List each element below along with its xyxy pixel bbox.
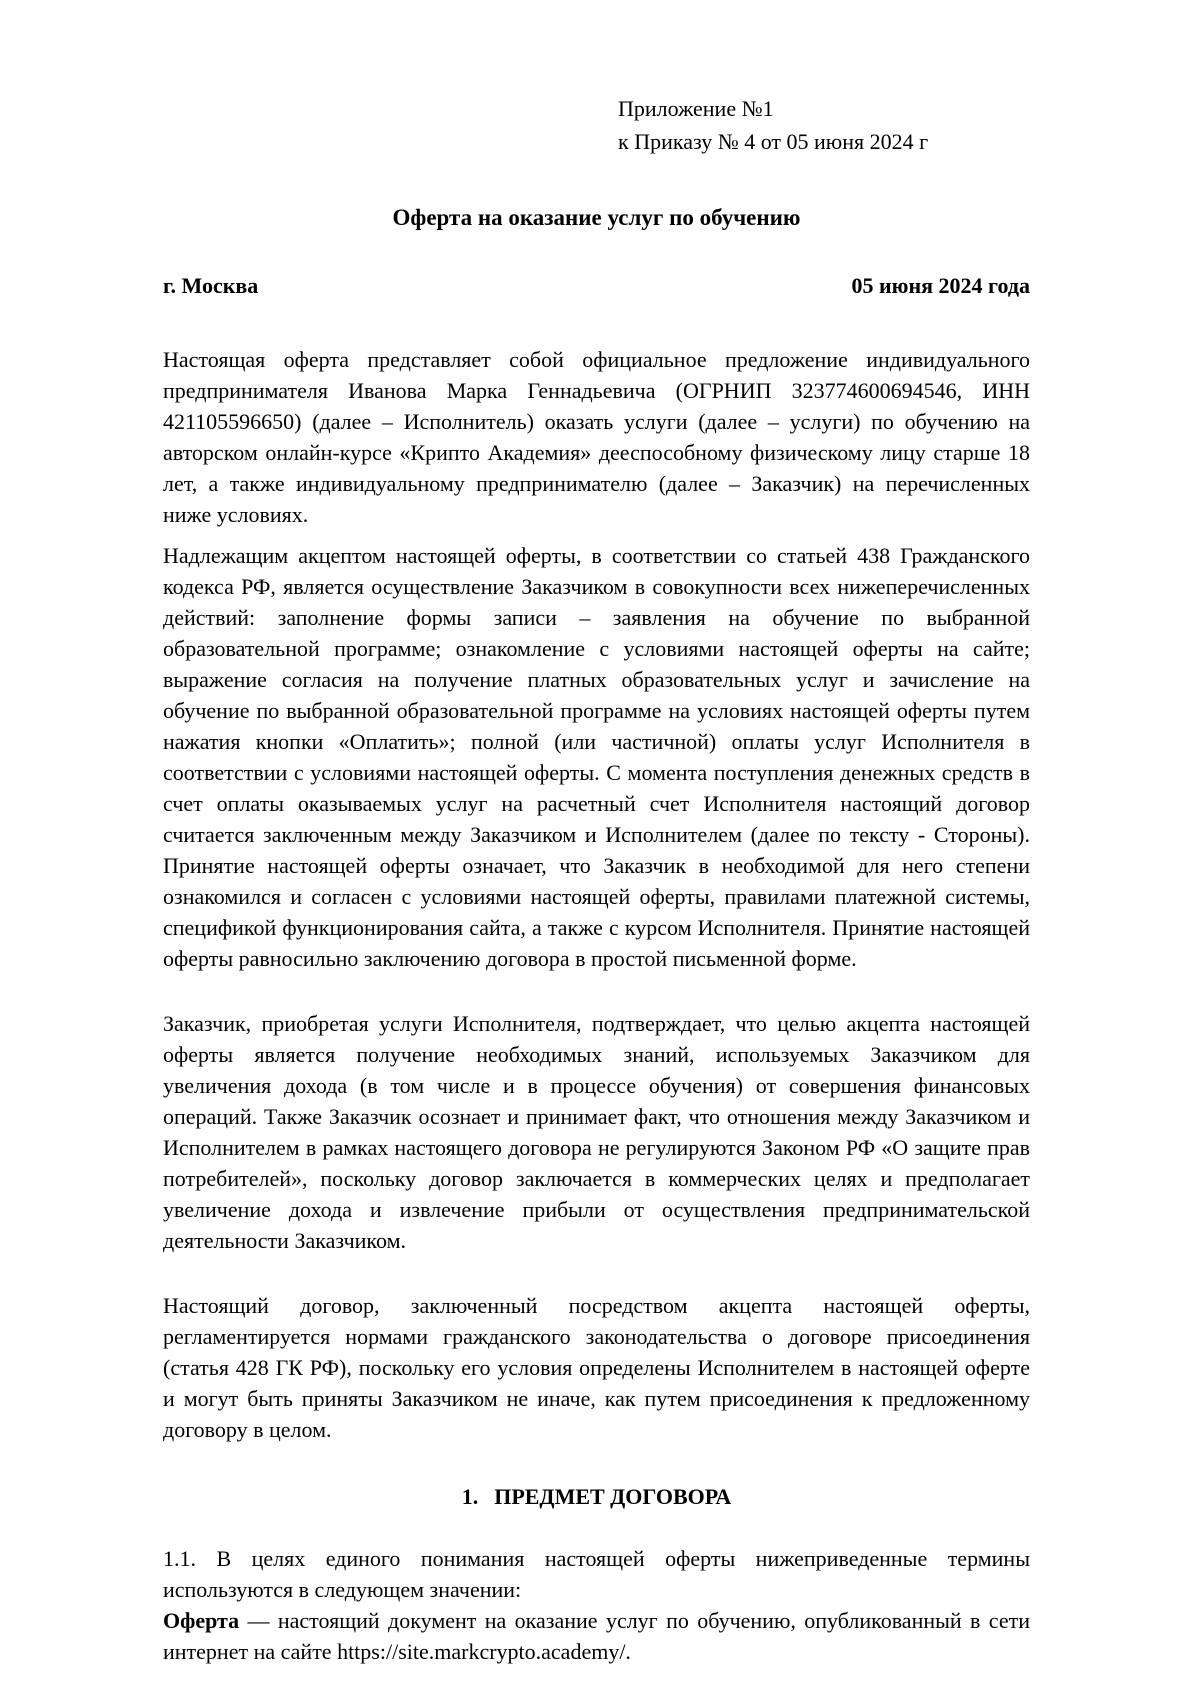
term-oferta-label: Оферта [163, 1608, 239, 1633]
preamble-paragraph-4: Настоящий договор, заключенный посредств… [163, 1290, 1030, 1445]
annex-reference-block: Приложение №1 к Приказу № 4 от 05 июня 2… [618, 92, 1030, 158]
annex-line-2: к Приказу № 4 от 05 июня 2024 г [618, 125, 1030, 158]
annex-line-1: Приложение №1 [618, 92, 1030, 125]
clause-1-1: 1.1. В целях единого понимания настоящей… [163, 1543, 1030, 1605]
preamble-paragraph-3: Заказчик, приобретая услуги Исполнителя,… [163, 1008, 1030, 1256]
section-1-number: 1. [462, 1484, 479, 1509]
document-page: Приложение №1 к Приказу № 4 от 05 июня 2… [0, 0, 1200, 1697]
place-date-row: г. Москва 05 июня 2024 года [163, 272, 1030, 300]
preamble-section: Настоящая оферта представляет собой офиц… [163, 344, 1030, 1445]
preamble-paragraph-2: Надлежащим акцептом настоящей оферты, в … [163, 540, 1030, 974]
document-title: Оферта на оказание услуг по обучению [163, 204, 1030, 232]
term-oferta-paragraph: Оферта — настоящий документ на оказание … [163, 1605, 1030, 1667]
section-1-title: ПРЕДМЕТ ДОГОВОРА [494, 1484, 731, 1509]
section-1-heading: 1.ПРЕДМЕТ ДОГОВОРА [163, 1483, 1030, 1511]
preamble-paragraph-1: Настоящая оферта представляет собой офиц… [163, 344, 1030, 530]
document-city: г. Москва [163, 272, 258, 300]
document-date: 05 июня 2024 года [851, 272, 1030, 300]
term-oferta-definition: — настоящий документ на оказание услуг п… [163, 1608, 1030, 1664]
